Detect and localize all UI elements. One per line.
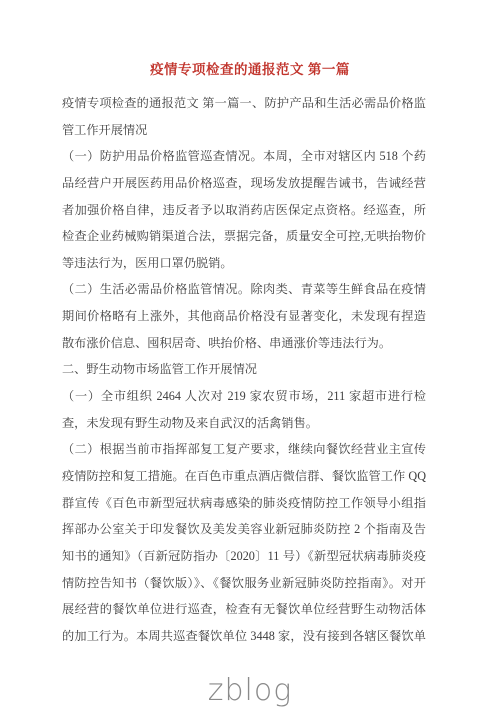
text-line: （一）全市组织 2464 人次对 219 家农贸市场，211 家超市进行检 (62, 383, 426, 410)
text-line: 疫情防控和复工措施。在百色市重点酒店微信群、餐饮监管工作 QQ (62, 463, 426, 490)
text-line: （二）生活必需品价格监管情况。除肉类、青菜等生鲜食品在疫情 (62, 276, 426, 303)
text-line: 品经营户开展医药用品价格巡查，现场发放提醒告诫书，告诫经营 (62, 170, 426, 197)
document-title: 疫情专项检查的通报范文 第一篇 (0, 0, 500, 78)
text-line: 散布涨价信息、囤积居奇、哄抬价格、串通涨价等违法行为。 (62, 330, 426, 357)
text-line: （二）根据当前市指挥部复工复产要求，继续向餐饮经营业主宣传 (62, 436, 426, 463)
text-line: （一）防护用品价格监管巡查情况。本周，全市对辖区内 518 个药 (62, 143, 426, 170)
text-line: 展经营的餐饮单位进行巡查，检查有无餐饮单位经营野生动物活体 (62, 596, 426, 623)
text-line: 疫情专项检查的通报范文 第一篇一、防护产品和生活必需品价格监 (62, 90, 426, 117)
text-line: 期间价格略有上涨外，其他商品价格没有显著变化，未发现有捏造 (62, 303, 426, 330)
text-line: 的加工行为。本周共巡查餐饮单位 3448 家，没有接到各辖区餐饮单 (62, 623, 426, 650)
zblog-logo[interactable]: zblog (208, 675, 292, 707)
footer: zblog (0, 675, 500, 707)
text-line: 等违法行为，医用口罩仍脱销。 (62, 250, 426, 277)
text-line: 情防控告知书（餐饮版）》、《餐饮服务业新冠肺炎防控指南》。对开 (62, 570, 426, 597)
text-line: 二、野生动物市场监管工作开展情况 (62, 356, 426, 383)
text-line: 查，未发现有野生动物及来自武汉的活禽销售。 (62, 410, 426, 437)
text-line: 者加强价格自律，违反者予以取消药店医保定点资格。经巡查，所 (62, 197, 426, 224)
document-body: 疫情专项检查的通报范文 第一篇一、防护产品和生活必需品价格监管工作开展情况（一）… (62, 90, 426, 649)
text-line: 检查企业药械购销渠道合法，票据完备，质量安全可控,无哄抬物价 (62, 223, 426, 250)
document-page: 疫情专项检查的通报范文 第一篇 疫情专项检查的通报范文 第一篇一、防护产品和生活… (0, 0, 500, 707)
text-line: 管工作开展情况 (62, 117, 426, 144)
text-line: 挥部办公室关于印发餐饮及美发美容业新冠肺炎防控 2 个指南及告 (62, 516, 426, 543)
text-line: 知书的通知》（百新冠防指办〔2020〕11 号）《新型冠状病毒肺炎疫 (62, 543, 426, 570)
text-line: 群宣传《百色市新型冠状病毒感染的肺炎疫情防控工作领导小组指 (62, 490, 426, 517)
